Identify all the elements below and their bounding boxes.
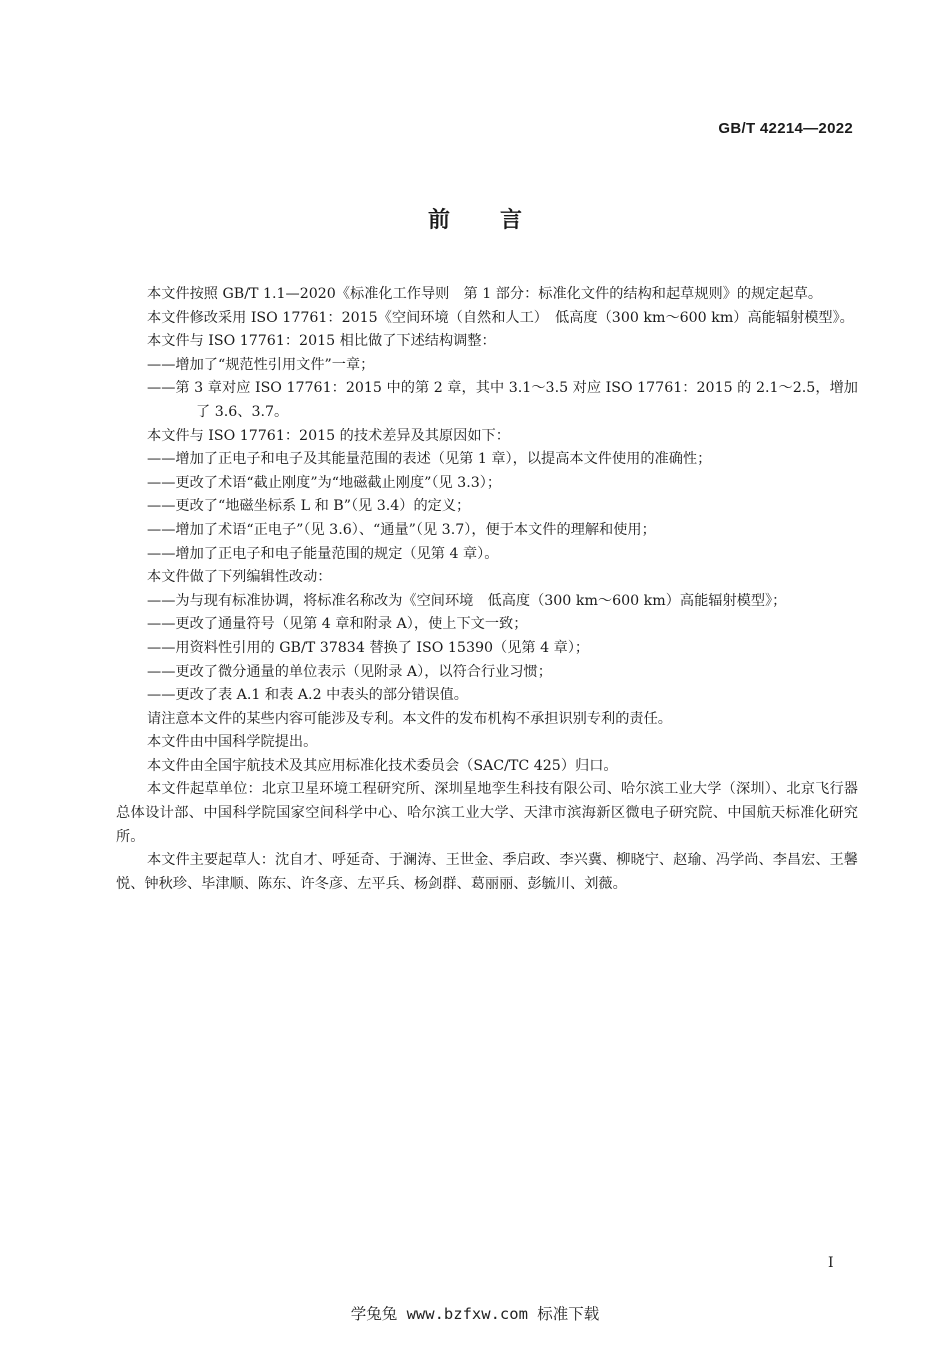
list-item: ——更改了表 A.1 和表 A.2 中表头的部分错误值。	[116, 684, 858, 708]
list-item: ——更改了“地磁坐标系 L 和 B”（见 3.4）的定义；	[116, 495, 858, 519]
watermark-footer: 学兔兔 www.bzfxw.com 标准下载	[0, 1302, 950, 1324]
standard-code: GB/T 42214—2022	[718, 120, 853, 137]
paragraph-drafters: 本文件主要起草人：沈自才、呼延奇、于澜涛、王世金、季启政、李兴冀、柳晓宁、赵瑜、…	[116, 849, 858, 896]
paragraph-editorial-intro: 本文件做了下列编辑性改动：	[116, 566, 858, 590]
paragraph-drafting-basis: 本文件按照 GB/T 1.1—2020《标准化工作导则 第 1 部分：标准化文件…	[116, 283, 858, 307]
list-item: ——更改了微分通量的单位表示（见附录 A），以符合行业习惯；	[116, 661, 858, 685]
list-item: ——更改了术语“截止刚度”为“地磁截止刚度”（见 3.3）；	[116, 472, 858, 496]
paragraph-structure-intro: 本文件与 ISO 17761：2015 相比做了下述结构调整：	[116, 330, 858, 354]
list-item: ——增加了“规范性引用文件”一章；	[116, 354, 858, 378]
page-number: I	[828, 1255, 834, 1271]
list-item: ——增加了术语“正电子”（见 3.6）、“通量”（见 3.7），便于本文件的理解…	[116, 519, 858, 543]
foreword-body: 本文件按照 GB/T 1.1—2020《标准化工作导则 第 1 部分：标准化文件…	[116, 283, 858, 896]
paragraph-patent-notice: 请注意本文件的某些内容可能涉及专利。本文件的发布机构不承担识别专利的责任。	[116, 708, 858, 732]
list-item: ——更改了通量符号（见第 4 章和附录 A），使上下文一致；	[116, 613, 858, 637]
paragraph-drafting-units: 本文件起草单位：北京卫星环境工程研究所、深圳星地孪生科技有限公司、哈尔滨工业大学…	[116, 778, 858, 849]
list-item: ——用资料性引用的 GB/T 37834 替换了 ISO 15390（见第 4 …	[116, 637, 858, 661]
paragraph-tech-diff-intro: 本文件与 ISO 17761：2015 的技术差异及其原因如下：	[116, 425, 858, 449]
list-item: ——增加了正电子和电子及其能量范围的表述（见第 1 章），以提高本文件使用的准确…	[116, 448, 858, 472]
paragraph-adoption: 本文件修改采用 ISO 17761：2015《空间环境（自然和人工） 低高度（3…	[116, 307, 858, 331]
list-item: ——增加了正电子和电子能量范围的规定（见第 4 章）。	[116, 543, 858, 567]
list-item: ——第 3 章对应 ISO 17761：2015 中的第 2 章，其中 3.1～…	[116, 377, 858, 424]
paragraph-committee: 本文件由全国宇航技术及其应用标准化技术委员会（SAC/TC 425）归口。	[116, 755, 858, 779]
list-item: ——为与现有标准协调，将标准名称改为《空间环境 低高度（300 km～600 k…	[116, 590, 858, 614]
page-title: 前言	[0, 203, 950, 234]
paragraph-proposer: 本文件由中国科学院提出。	[116, 731, 858, 755]
